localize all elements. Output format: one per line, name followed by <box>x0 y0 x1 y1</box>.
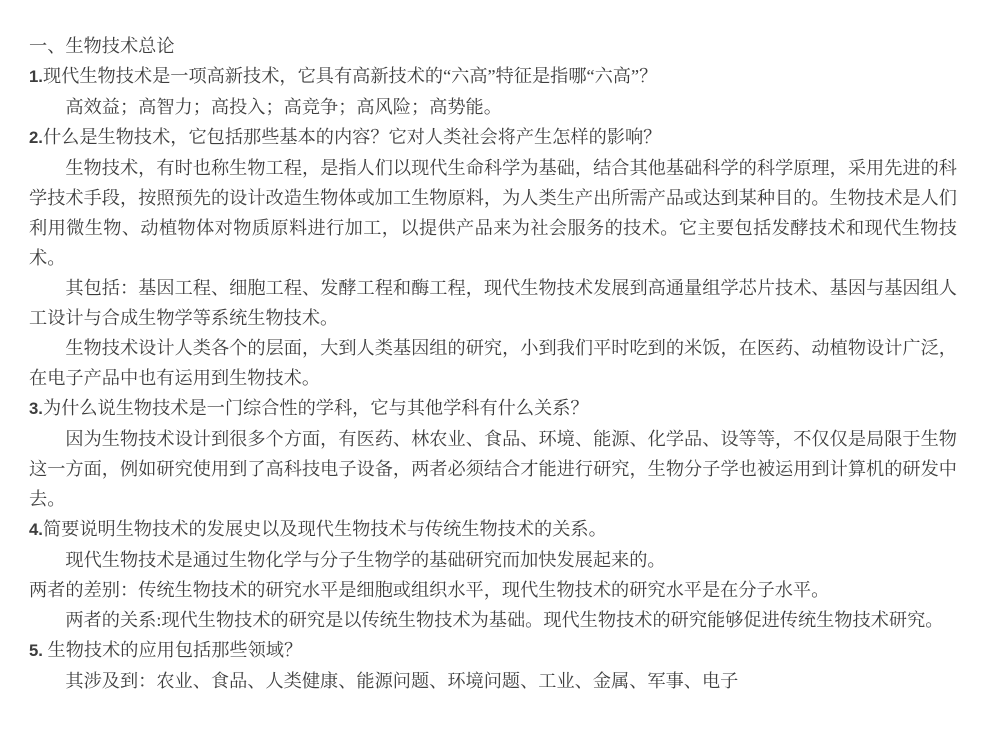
answer-3: 因为生物技术设计到很多个方面，有医药、林农业、食品、环境、能源、化学品、设等等，… <box>29 424 957 514</box>
answer-4-history: 现代生物技术是通过生物化学与分子生物学的基础研究而加快发展起来的。 <box>29 545 957 575</box>
answer-1: 高效益；高智力；高投入；高竞争；高风险；高势能。 <box>29 92 957 122</box>
question-3: 3.为什么说生物技术是一门综合性的学科，它与其他学科有什么关系？ <box>29 393 957 424</box>
question-text: 生物技术的应用包括那些领域？ <box>43 640 302 660</box>
question-number: 4. <box>29 520 43 539</box>
question-number: 1. <box>29 67 43 86</box>
answer-5: 其涉及到：农业、食品、人类健康、能源问题、环境问题、工业、金属、军事、电子 <box>29 666 957 696</box>
answer-2-definition: 生物技术，有时也称生物工程，是指人们以现代生命科学为基础，结合其他基础科学的科学… <box>29 153 957 273</box>
question-number: 2. <box>29 128 43 147</box>
question-5: 5. 生物技术的应用包括那些领域？ <box>29 635 957 666</box>
question-number: 3. <box>29 399 43 418</box>
document-page: 一、生物技术总论 1.现代生物技术是一项高新技术，它具有高新技术的“六高”特征是… <box>29 31 957 696</box>
question-text: 现代生物技术是一项高新技术，它具有高新技术的“六高”特征是指哪“六高”？ <box>43 66 657 86</box>
question-text: 什么是生物技术，它包括那些基本的内容？它对人类社会将产生怎样的影响？ <box>43 127 661 147</box>
question-text: 简要说明生物技术的发展史以及现代生物技术与传统生物技术的关系。 <box>43 519 607 539</box>
section-heading: 一、生物技术总论 <box>29 31 957 61</box>
question-2: 2.什么是生物技术，它包括那些基本的内容？它对人类社会将产生怎样的影响？ <box>29 122 957 153</box>
answer-2-impact: 生物技术设计人类各个的层面，大到人类基因组的研究，小到我们平时吃到的米饭，在医药… <box>29 333 957 393</box>
answer-2-scope: 其包括：基因工程、细胞工程、发酵工程和酶工程，现代生物技术发展到高通量组学芯片技… <box>29 273 957 333</box>
answer-4-difference: 两者的差别：传统生物技术的研究水平是细胞或组织水平，现代生物技术的研究水平是在分… <box>29 575 957 605</box>
answer-4-relation: 两者的关系:现代生物技术的研究是以传统生物技术为基础。现代生物技术的研究能够促进… <box>29 605 957 635</box>
question-1: 1.现代生物技术是一项高新技术，它具有高新技术的“六高”特征是指哪“六高”？ <box>29 61 957 92</box>
question-text: 为什么说生物技术是一门综合性的学科，它与其他学科有什么关系？ <box>43 398 589 418</box>
question-4: 4.简要说明生物技术的发展史以及现代生物技术与传统生物技术的关系。 <box>29 514 957 545</box>
question-number: 5. <box>29 641 43 660</box>
